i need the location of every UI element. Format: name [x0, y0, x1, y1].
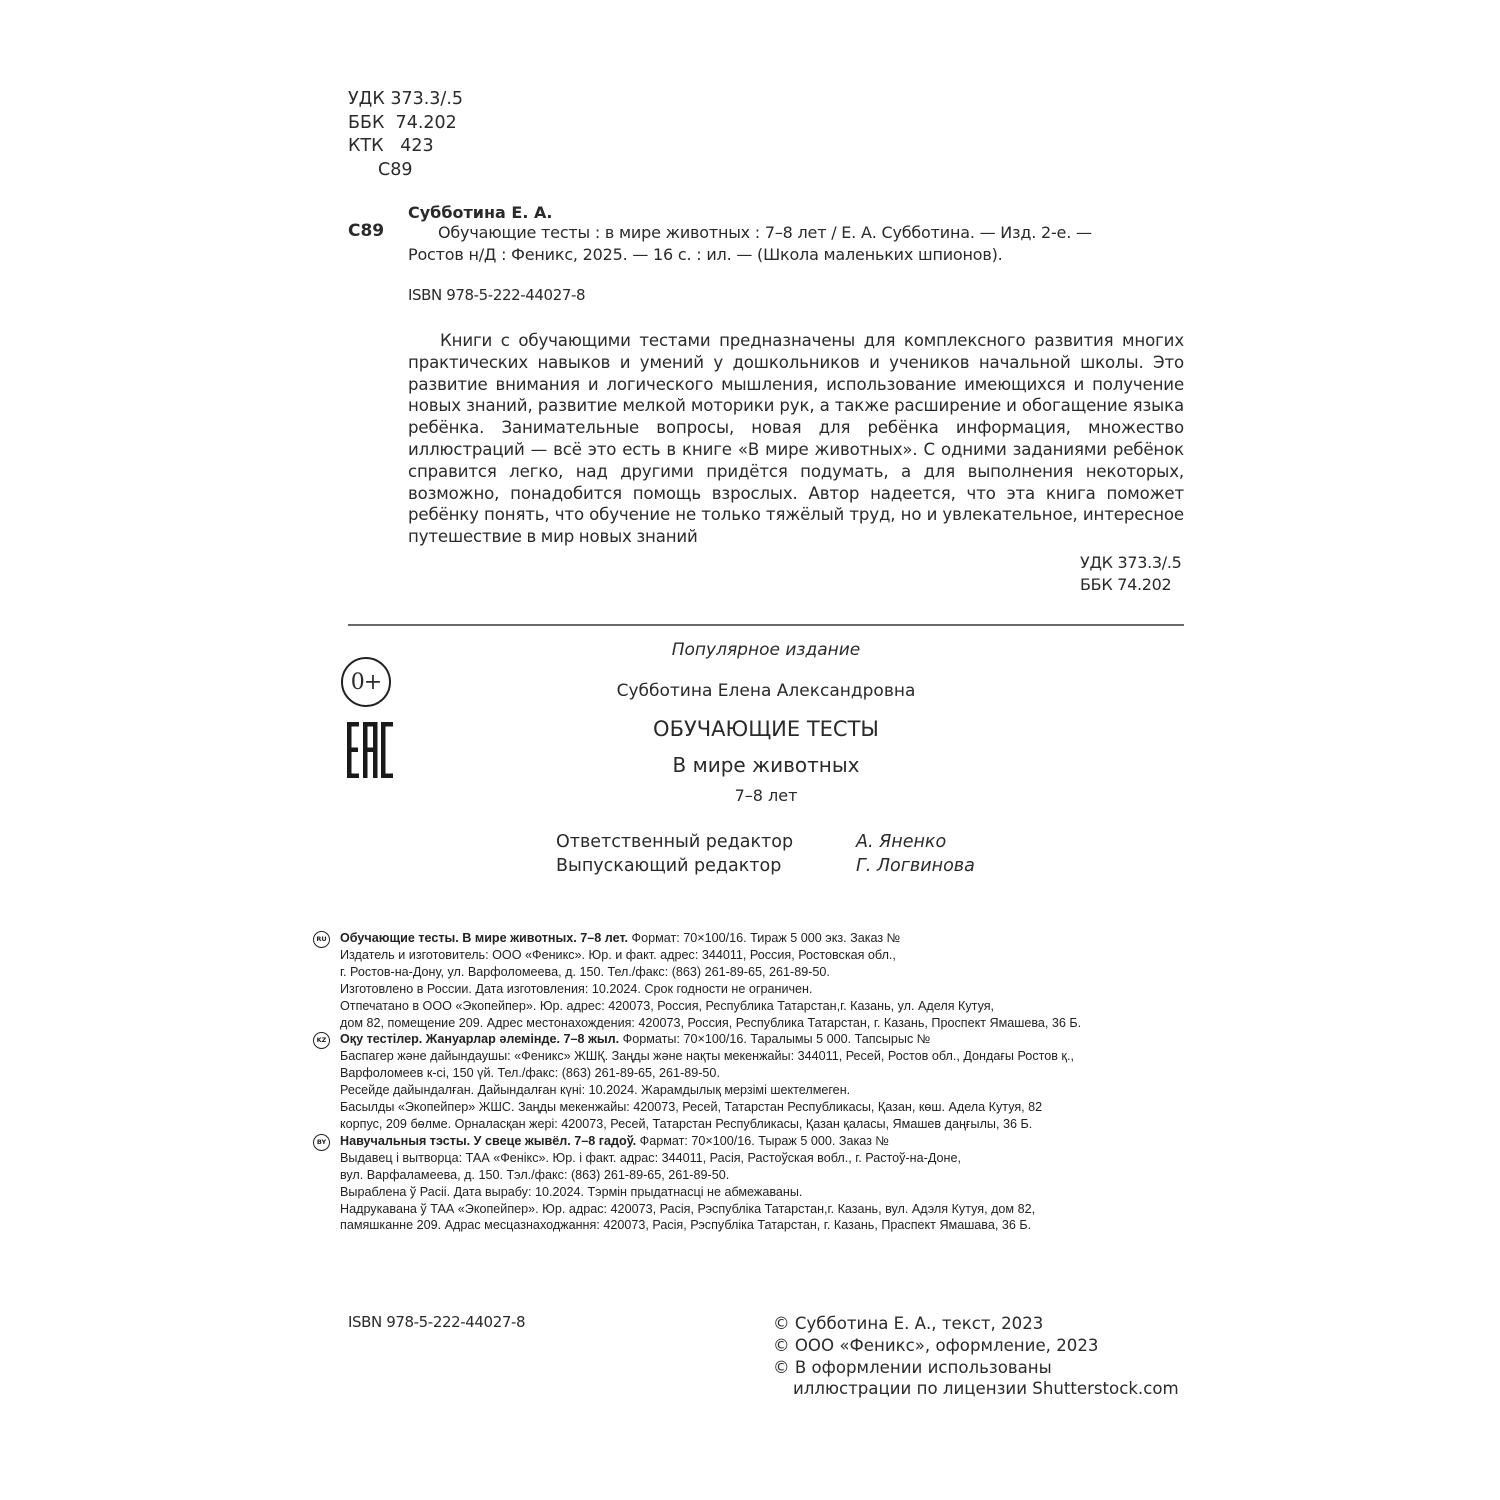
legal-line: Ресейде дайындалған. Дайындалған күні: 1… — [340, 1082, 1081, 1099]
legal-line: г. Ростов-на-Дону, ул. Варфоломеева, д. … — [340, 964, 1081, 981]
legal-text: вул. Варфаламеева, д. 150. Тэл./факс: (8… — [340, 1168, 729, 1182]
editor-name: А. Яненко — [856, 830, 946, 854]
legal-text: Басылды «Экопейпер» ЖШС. Заңды мекенжайы… — [340, 1100, 1042, 1114]
legal-line: корпус, 209 бөлме. Орналасқан жері: 4200… — [340, 1116, 1081, 1133]
legal-block-by: BYНавучальныя тэсты. У свеце жывёл. 7–8 … — [340, 1133, 1081, 1234]
bib-isbn: ISBN 978-5-222-44027-8 — [408, 286, 585, 304]
footer-isbn: ISBN 978-5-222-44027-8 — [348, 1313, 525, 1331]
bbk-code: ББК 74.202 — [348, 112, 463, 136]
legal-title: Навучальныя тэсты. У свеце жывёл. 7–8 га… — [340, 1134, 636, 1148]
legal-title: Оқу тестілер. Жануарлар әлемінде. 7–8 жы… — [340, 1032, 619, 1046]
udk-code: УДК 373.3/.5 — [348, 88, 463, 112]
legal-text: корпус, 209 бөлме. Орналасқан жері: 4200… — [340, 1117, 1032, 1131]
legal-text: Форматы: 70×100/16. Таралымы 5 000. Тапс… — [619, 1032, 930, 1046]
legal-text: Варфоломеев к-сі, 150 үй. Тел./факс: (86… — [340, 1066, 720, 1080]
legal-line: Обучающие тесты. В мире животных. 7–8 ле… — [340, 930, 1081, 947]
annotation-bbk: ББК 74.202 — [1080, 574, 1182, 596]
legal-line: вул. Варфаламеева, д. 150. Тэл./факс: (8… — [340, 1167, 1081, 1184]
editor-row: Ответственный редактор А. Яненко — [556, 830, 975, 854]
editors-list: Ответственный редактор А. Яненко Выпуска… — [556, 830, 975, 878]
legal-line: Издатель и изготовитель: ООО «Феникс». Ю… — [340, 947, 1081, 964]
classification-codes: УДК 373.3/.5 ББК 74.202 КТК 423 С89 — [348, 88, 463, 182]
bib-author: Субботина Е. А. — [408, 203, 552, 222]
language-badge-icon: KZ — [313, 1032, 330, 1049]
editor-name: Г. Логвинова — [856, 854, 975, 878]
legal-title: Обучающие тесты. В мире животных. 7–8 ле… — [340, 931, 628, 945]
author-mark: С89 — [348, 159, 463, 183]
legal-line: Навучальныя тэсты. У свеце жывёл. 7–8 га… — [340, 1133, 1081, 1150]
language-badge-icon: RU — [313, 931, 330, 948]
age-range: 7–8 лет — [348, 786, 1184, 805]
legal-line: Выдавец і вытворца: ТАА «Фенікс». Юр. і … — [340, 1150, 1081, 1167]
legal-text: Выраблена ў Расіі. Дата вырабу: 10.2024.… — [340, 1185, 802, 1199]
legal-line: Басылды «Экопейпер» ЖШС. Заңды мекенжайы… — [340, 1099, 1081, 1116]
editor-row: Выпускающий редактор Г. Логвинова — [556, 854, 975, 878]
copyright-list: © Субботина Е. А., текст, 2023 © ООО «Фе… — [773, 1313, 1179, 1400]
legal-text: Фармат: 70×100/16. Тыраж 5 000. Заказ № — [636, 1134, 889, 1148]
copyright-line: иллюстрации по лицензии Shutterstock.com — [773, 1378, 1179, 1400]
book-subtitle: В мире животных — [348, 753, 1184, 777]
book-title: ОБУЧАЮЩИЕ ТЕСТЫ — [348, 717, 1184, 741]
legal-line: памяшканне 209. Адрас месцазнаходжання: … — [340, 1217, 1081, 1234]
legal-block-kz: KZОқу тестілер. Жануарлар әлемінде. 7–8 … — [340, 1031, 1081, 1132]
legal-line: Изготовлено в России. Дата изготовления:… — [340, 981, 1081, 998]
editor-role: Выпускающий редактор — [556, 854, 856, 878]
legal-text: Ресейде дайындалған. Дайындалған күні: 1… — [340, 1083, 850, 1097]
legal-block-ru: RUОбучающие тесты. В мире животных. 7–8 … — [340, 930, 1081, 1031]
bib-author-mark: С89 — [348, 221, 384, 241]
legal-text: Надрукавана ў ТАА «Экопейпер». Юр. адрас… — [340, 1202, 1035, 1216]
copyright-line: © ООО «Феникс», оформление, 2023 — [773, 1335, 1179, 1357]
language-badge-icon: BY — [313, 1134, 330, 1151]
legal-line: Отпечатано в ООО «Экопейпер». Юр. адрес:… — [340, 998, 1081, 1015]
legal-line: Баспагер және дайындаушы: «Феникс» ЖШҚ. … — [340, 1048, 1081, 1065]
edition-type: Популярное издание — [348, 640, 1184, 660]
legal-text: Изготовлено в России. Дата изготовления:… — [340, 982, 813, 996]
annotation-codes: УДК 373.3/.5 ББК 74.202 — [1080, 552, 1182, 596]
annotation-text: Книги с обучающими тестами предназначены… — [408, 330, 1184, 548]
legal-line: Оқу тестілер. Жануарлар әлемінде. 7–8 жы… — [340, 1031, 1081, 1048]
legal-text: памяшканне 209. Адрас месцазнаходжання: … — [340, 1218, 1031, 1232]
legal-text: г. Ростов-на-Дону, ул. Варфоломеева, д. … — [340, 965, 830, 979]
legal-line: дом 82, помещение 209. Адрес местонахожд… — [340, 1015, 1081, 1032]
copyright-line: © В оформлении использованы — [773, 1357, 1179, 1379]
legal-text: дом 82, помещение 209. Адрес местонахожд… — [340, 1016, 1081, 1030]
legal-info: RUОбучающие тесты. В мире животных. 7–8 … — [340, 930, 1081, 1234]
legal-line: Выраблена ў Расіі. Дата вырабу: 10.2024.… — [340, 1184, 1081, 1201]
legal-line: Надрукавана ў ТАА «Экопейпер». Юр. адрас… — [340, 1201, 1081, 1218]
ktk-code: КТК 423 — [348, 135, 463, 159]
legal-text: Формат: 70×100/16. Тираж 5 000 экз. Зака… — [628, 931, 900, 945]
legal-line: Варфоломеев к-сі, 150 үй. Тел./факс: (86… — [340, 1065, 1081, 1082]
bib-description-line1: Обучающие тесты : в мире животных : 7–8 … — [438, 223, 1092, 242]
author-full-name: Субботина Елена Александровна — [348, 681, 1184, 701]
legal-text: Баспагер және дайындаушы: «Феникс» ЖШҚ. … — [340, 1049, 1074, 1063]
editor-role: Ответственный редактор — [556, 830, 856, 854]
legal-text: Отпечатано в ООО «Экопейпер». Юр. адрес:… — [340, 999, 994, 1013]
bib-description-line2: Ростов н/Д : Феникс, 2025. — 16 с. : ил.… — [408, 245, 1003, 264]
legal-text: Издатель и изготовитель: ООО «Феникс». Ю… — [340, 948, 896, 962]
legal-text: Выдавец і вытворца: ТАА «Фенікс». Юр. і … — [340, 1151, 961, 1165]
section-divider — [348, 624, 1184, 626]
annotation-udk: УДК 373.3/.5 — [1080, 552, 1182, 574]
copyright-line: © Субботина Е. А., текст, 2023 — [773, 1313, 1179, 1335]
